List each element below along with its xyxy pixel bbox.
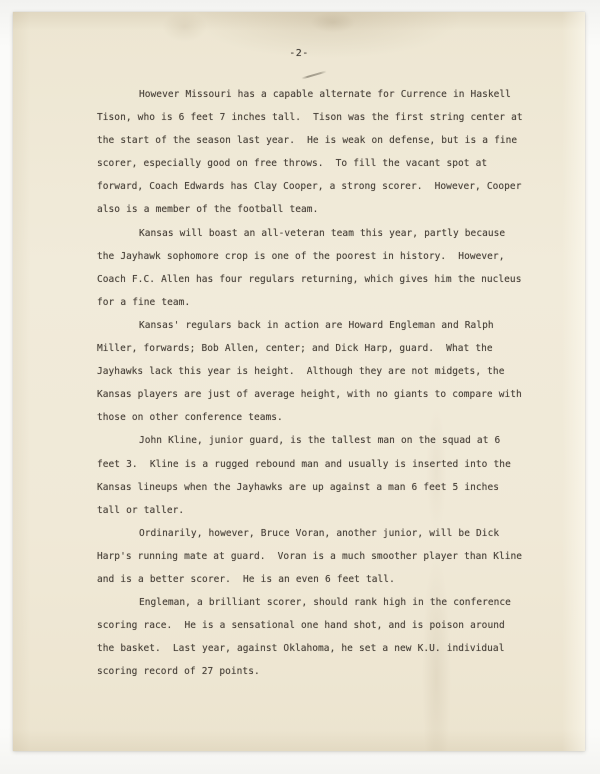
age-smudge bbox=[303, 12, 363, 38]
paragraph: Ordinarily, however, Bruce Voran, anothe… bbox=[97, 522, 528, 591]
page-number: -2- bbox=[13, 48, 585, 59]
paragraph: However Missouri has a capable alternate… bbox=[97, 83, 528, 222]
scan-background: -2- However Missouri has a capable alter… bbox=[0, 0, 600, 774]
typewritten-text: However Missouri has a capable alternate… bbox=[97, 83, 528, 683]
paragraph: Kansas will boast an all-veteran team th… bbox=[97, 222, 528, 314]
paragraph: John Kline, junior guard, is the tallest… bbox=[97, 429, 528, 521]
paragraph: Engleman, a brilliant scorer, should ran… bbox=[97, 591, 528, 683]
pencil-check-mark bbox=[301, 70, 327, 79]
paragraph: Kansas' regulars back in action are Howa… bbox=[97, 314, 528, 429]
document-page: -2- However Missouri has a capable alter… bbox=[13, 12, 585, 751]
